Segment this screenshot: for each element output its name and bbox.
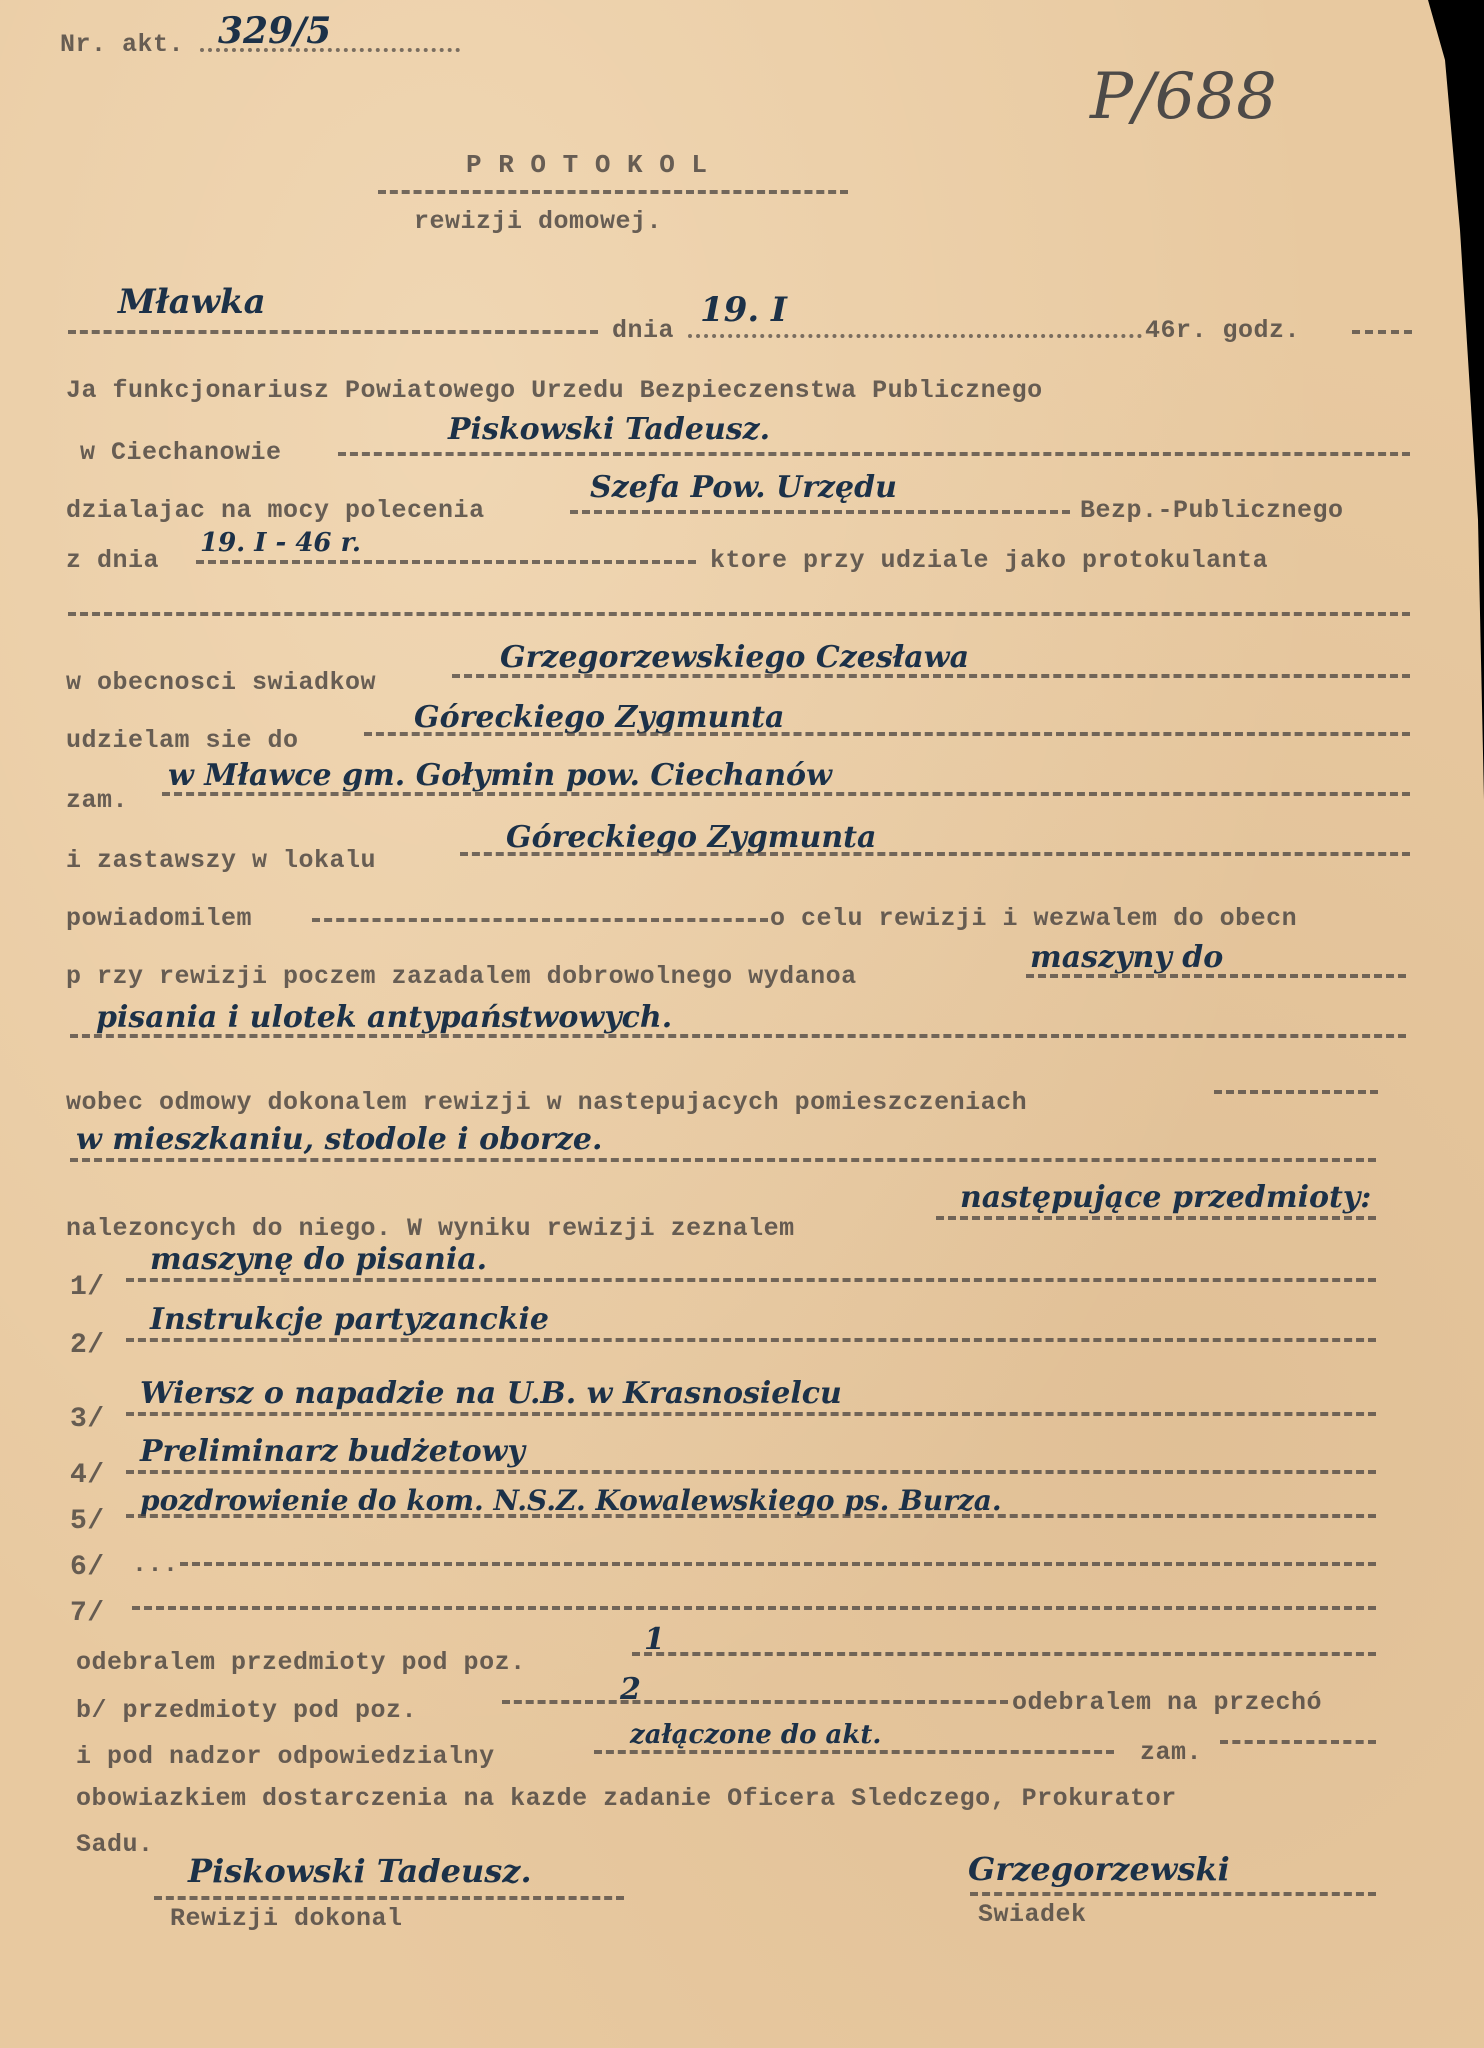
- rooms-handwritten: w mieszkaniu, stodole i oborze.: [76, 1122, 602, 1157]
- item-number: 4/: [70, 1460, 105, 1491]
- ciechanow-label: w Ciechanowie: [80, 438, 282, 467]
- signature-witness-label: Swiadek: [978, 1900, 1087, 1929]
- supervision-suffix: zam.: [1140, 1738, 1202, 1767]
- item-text: pozdrowienie do kom. N.S.Z. Kowalewskieg…: [140, 1484, 1002, 1517]
- protokolant-label: ktore przy udziale jako protokulanta: [710, 546, 1268, 575]
- item-line: [180, 1562, 1376, 1566]
- signature-witness: Grzegorzewski: [968, 1850, 1230, 1888]
- item-line: [126, 1412, 1376, 1416]
- belonging-line: [936, 1216, 1376, 1220]
- item-text: Wiersz o napadzie na U.B. w Krasnosielcu: [140, 1376, 842, 1411]
- belonging-label: nalezoncych do niego. W wyniku rewizji z…: [66, 1214, 795, 1243]
- acting-label: dzialajac na mocy polecenia: [66, 496, 485, 525]
- refusal-label: wobec odmowy dokonalem rewizji w nastepu…: [66, 1088, 1027, 1117]
- officer-name-handwritten: Piskowski Tadeusz.: [448, 412, 770, 447]
- ciechanow-line: [338, 452, 1410, 456]
- document-subtitle: rewizji domowej.: [414, 207, 662, 236]
- officer-line: Ja funkcjonariusz Powiatowego Urzedu Bez…: [66, 376, 1043, 405]
- document-title: P R O T O K O L: [466, 150, 708, 180]
- notified-suffix: o celu rewizji i wezwalem do obecn: [770, 904, 1297, 933]
- witnesses-label: w obecnosci swiadkow: [66, 668, 376, 697]
- went-to-handwritten: Góreckiego Zygmunta: [414, 700, 784, 735]
- place-line: [68, 330, 598, 334]
- pencil-archive-annotation: P/688: [1090, 60, 1277, 134]
- demand-line-2: [70, 1034, 1406, 1038]
- signature-inspector: Piskowski Tadeusz.: [188, 1852, 532, 1890]
- protokolant-line: [68, 612, 1410, 616]
- dnia-label: dnia: [612, 316, 674, 345]
- supervision-label: i pod nadzor odpowiedzialny: [76, 1742, 495, 1771]
- item-line: [126, 1338, 1376, 1342]
- belonging-handwritten: następujące przedmioty:: [960, 1180, 1371, 1215]
- zam-label: zam.: [66, 786, 128, 815]
- item-line: [126, 1514, 1376, 1518]
- z-dnia-label: z dnia: [66, 546, 159, 575]
- item-text: maszynę do pisania.: [150, 1242, 487, 1277]
- item-number: 6/: [70, 1552, 105, 1583]
- item-text: Instrukcje partyzanckie: [150, 1302, 549, 1337]
- date-dotted-line: [688, 334, 1142, 338]
- demand-handwritten-1: maszyny do: [1030, 940, 1223, 975]
- title-underline: [378, 190, 848, 194]
- item-number: 2/: [70, 1330, 105, 1361]
- zam-handwritten: w Mławce gm. Gołymin pow. Ciechanów: [168, 758, 832, 793]
- demand-handwritten-2: pisania i ulotek antypaństwowych.: [96, 1000, 672, 1035]
- notified-label: powiadomilem: [66, 904, 252, 933]
- acting-handwritten: Szefa Pow. Urzędu: [590, 470, 897, 505]
- item-number: 5/: [70, 1506, 105, 1537]
- witnesses-line: [452, 674, 1410, 678]
- date-handwritten: 19. I: [700, 290, 787, 330]
- document-page: Nr. akt. 329/5 P/688 P R O T O K O L rew…: [0, 0, 1484, 2048]
- item-number: 1/: [70, 1272, 105, 1303]
- z-dnia-line: [196, 560, 696, 564]
- file-number-label: Nr. akt.: [60, 30, 184, 59]
- demand-label: p rzy rewizji poczem zazadalem dobrowoln…: [66, 962, 857, 991]
- item-line: [126, 1278, 1376, 1282]
- found-line: [460, 852, 1410, 856]
- notified-line: [312, 918, 768, 922]
- item-number: 3/: [70, 1404, 105, 1435]
- sadu-label: Sadu.: [76, 1830, 154, 1859]
- b-label: b/ przedmioty pod poz.: [76, 1696, 417, 1725]
- duty-line: obowiazkiem dostarczenia na kazde zadani…: [76, 1784, 1177, 1813]
- b-line: [502, 1700, 1008, 1704]
- z-dnia-handwritten: 19. I - 46 r.: [200, 528, 361, 558]
- acting-suffix: Bezp.-Publicznego: [1080, 496, 1344, 525]
- item-text: ...: [132, 1550, 179, 1579]
- hour-line: [1352, 330, 1412, 334]
- item-line: [126, 1470, 1376, 1474]
- found-label: i zastawszy w lokalu: [66, 846, 376, 875]
- supervision-handwritten: załączone do akt.: [630, 1720, 881, 1750]
- went-to-line: [364, 732, 1410, 736]
- supervision-line: [594, 1750, 1114, 1754]
- signature-inspector-line: [154, 1896, 624, 1900]
- witnesses-handwritten: Grzegorzewskiego Czesława: [500, 640, 969, 675]
- signature-inspector-label: Rewizji dokonal: [170, 1904, 403, 1933]
- year-label: 46r. godz.: [1145, 316, 1300, 345]
- b-suffix: odebralem na przechó: [1012, 1688, 1322, 1717]
- signature-witness-line: [970, 1892, 1376, 1896]
- file-number-value: 329/5: [218, 10, 331, 52]
- item-line: [132, 1606, 1376, 1610]
- taken-label: odebralem przedmioty pod poz.: [76, 1648, 526, 1677]
- zam-footer-line: [1220, 1740, 1376, 1744]
- item-text: Preliminarz budżetowy: [140, 1434, 525, 1469]
- refusal-line: [1214, 1090, 1378, 1094]
- taken-line: [632, 1652, 1376, 1656]
- item-number: 7/: [70, 1598, 105, 1629]
- zam-line: [162, 792, 1410, 796]
- went-to-label: udzielam sie do: [66, 726, 299, 755]
- rooms-line: [70, 1158, 1376, 1162]
- demand-line-1: [1026, 974, 1406, 978]
- place-handwritten: Mławka: [118, 282, 266, 322]
- acting-line: [570, 510, 1070, 514]
- found-handwritten: Góreckiego Zygmunta: [506, 820, 876, 855]
